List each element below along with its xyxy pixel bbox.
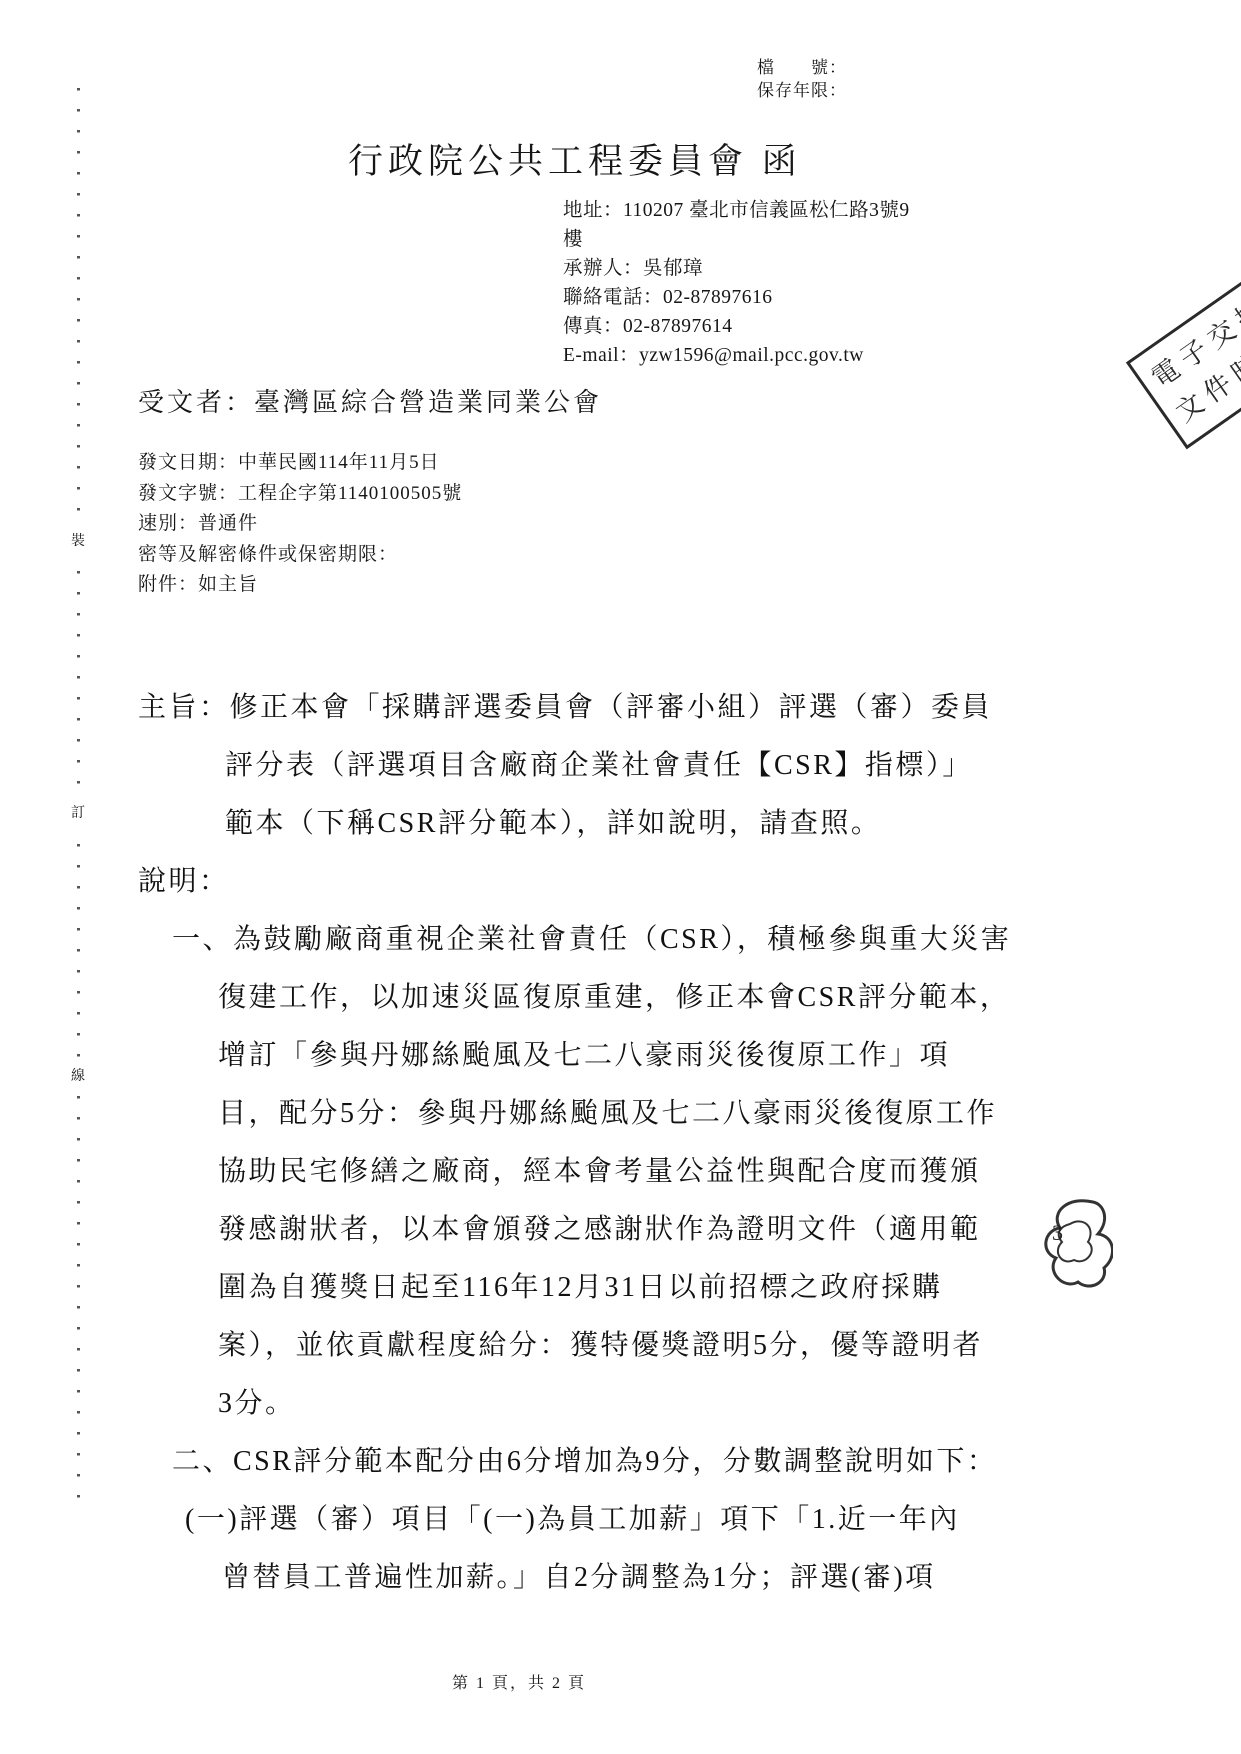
sender-email: E-mail：yzw1596@mail.pcc.gov.tw — [563, 341, 910, 370]
body-line: (一)評選（審）項目「(一)為員工加薪」項下「1.近一年內 — [185, 1491, 1011, 1549]
binding-mark-xian: 線 — [70, 1061, 86, 1089]
subject-line: 範本（下稱CSR評分範本），詳如說明，請查照。 — [225, 795, 1011, 853]
official-letter-page: 檔 號： 保存年限： 行政院公共工程委員會 函 地址：110207 臺北市信義區… — [0, 0, 1241, 1754]
body-line: 圍為自獲獎日起至116年12月31日以前招標之政府採購 — [218, 1259, 1011, 1317]
issue-number-line: 發文字號：工程企字第1140100505號 — [138, 479, 462, 510]
side-page-digit: 3 — [1052, 1220, 1063, 1246]
sender-contact-person: 承辦人：吳郁璋 — [563, 254, 910, 283]
issue-date-line: 發文日期：中華民國114年11月5日 — [138, 448, 462, 479]
subject-line: 主旨：修正本會「採購評選委員會（評審小組）評選（審）委員 — [138, 679, 1011, 737]
body-line: 案），並依貢獻程度給分：獲特優獎證明5分，優等證明者 — [218, 1317, 1011, 1375]
body-line: 3分。 — [218, 1375, 1011, 1433]
curl-ink-stamp-icon — [1038, 1194, 1113, 1297]
letter-content: 主旨：修正本會「採購評選委員會（評審小組）評選（審）委員 評分表（評選項目含廠商… — [138, 679, 1011, 1607]
sender-fax: 傳真：02-87897614 — [563, 312, 910, 341]
binding-mark-ding: 訂 — [70, 798, 86, 826]
sender-phone: 聯絡電話：02-87897616 — [563, 283, 910, 312]
body-line: 發感謝狀者，以本會頒發之感謝狀作為證明文件（適用範 — [218, 1201, 1011, 1259]
recipient-line: 受文者：臺灣區綜合營造業同業公會 — [138, 382, 602, 419]
security-class-line: 密等及解密條件或保密期限： — [138, 540, 462, 571]
body-line: 增訂「參與丹娜絲颱風及七二八豪雨災後復原工作」項 — [218, 1027, 1011, 1085]
file-number-label: 檔 號： — [757, 56, 847, 79]
body-line: 一、為鼓勵廠商重視企業社會責任（CSR），積極參與重大災害 — [172, 911, 1011, 969]
file-info-block: 檔 號： 保存年限： — [757, 56, 847, 102]
meta-block: 發文日期：中華民國114年11月5日 發文字號：工程企字第1140100505號… — [138, 448, 462, 601]
speed-class-line: 速別：普通件 — [138, 509, 462, 540]
document-title: 行政院公共工程委員會 函 — [348, 134, 802, 184]
sender-address-line: 地址：110207 臺北市信義區松仁路3號9 — [563, 196, 910, 225]
sender-info-block: 地址：110207 臺北市信義區松仁路3號9 樓 承辦人：吳郁璋 聯絡電話：02… — [563, 196, 910, 370]
body-line: 目，配分5分：參與丹娜絲颱風及七二八豪雨災後復原工作 — [218, 1085, 1011, 1143]
body-line: 協助民宅修繕之廠商，經本會考量公益性與配合度而獲頒 — [218, 1143, 1011, 1201]
attachment-line: 附件：如主旨 — [138, 570, 462, 601]
description-heading: 說明： — [138, 853, 1011, 911]
retention-period-label: 保存年限： — [757, 79, 847, 102]
body-line: 二、CSR評分範本配分由6分增加為9分，分數調整說明如下： — [172, 1433, 1011, 1491]
body-line: 復建工作，以加速災區復原重建，修正本會CSR評分範本， — [218, 969, 1011, 1027]
subject-line: 評分表（評選項目含廠商企業社會責任【CSR】指標）」 — [225, 737, 1011, 795]
sender-address-wrap: 樓 — [563, 225, 910, 254]
electronic-exchange-stamp: 電子交換 文件時戳 — [1126, 247, 1241, 450]
page-footer: 第 1 頁，共 2 頁 — [452, 1670, 586, 1693]
binding-mark-zhuang: 裝 — [70, 526, 86, 554]
body-line: 曾替員工普遍性加薪。」自2分調整為1分；評選(審)項 — [222, 1549, 1011, 1607]
